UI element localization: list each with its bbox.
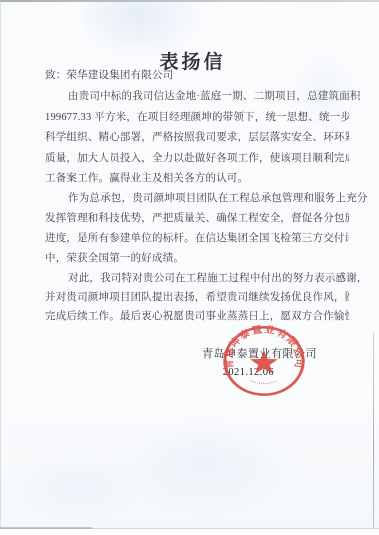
body-line: 199677.33 平方米，在项目经理颜坤的带领下，统一思想、统一步调、 <box>45 111 349 124</box>
body-line: 进度，是所有参建单位的标杆。在信达集团全国飞检第三方交付评估 <box>45 232 349 245</box>
recipient-line: 致：荣华建设集团有限公司 <box>45 69 349 82</box>
scan-edge-bottom <box>0 528 379 535</box>
body-line: 并对贵司颜坤项目团队提出表扬，希望贵司继续发扬优良作风，圆满 <box>45 291 349 304</box>
body-line: 质量，加大人员投入，全力以赴做好各项工作，使该项目顺利完成竣 <box>45 152 349 165</box>
signature-company: 青岛坤泰置业有限公司 <box>0 345 379 361</box>
scan-edge-bottom-left <box>0 527 92 529</box>
body-line: 科学组织、精心部署，严格按照我司要求，层层落实安全、环环紧扣 <box>45 131 349 144</box>
body-line: 对此，我司特对贵公司在工程施工过程中付出的努力表示感谢， <box>45 272 372 285</box>
body-line: 由贵司中标的我司信达金地·蓝庭一期、二期项目，总建筑面积 <box>45 90 372 103</box>
scan-artifact <box>10 450 150 520</box>
body-line: 工备案工作。赢得业主及相关各方的认可。 <box>45 172 349 185</box>
scanned-letter-page: 表扬信 致：荣华建设集团有限公司 由贵司中标的我司信达金地·蓝庭一期、二期项目，… <box>0 0 379 535</box>
scan-artifact <box>0 405 379 535</box>
body-line: 中，荣获全国第一的好成绩。 <box>45 252 349 265</box>
scan-edge-top <box>0 0 379 2</box>
scan-edge-right <box>373 333 374 529</box>
body-line: 完成后续工作。最后衷心祝愿贵司事业蒸蒸日上，愿双方合作愉快！ <box>45 310 349 323</box>
scan-edge-left <box>0 0 1 535</box>
seal-serial-wrap: ••••••••••••• <box>250 378 278 385</box>
body-line: 作为总承包，贵司颜坤项目团队在工程总承包管理和服务上充分 <box>45 192 372 205</box>
scan-artifact <box>110 415 300 515</box>
seal-star-icon <box>250 351 278 374</box>
company-seal: 青岛坤泰置业有限公司 ••••••••••••• <box>221 324 307 398</box>
seal-serial-dots: ••••••••••••• <box>250 378 278 385</box>
body-line: 发挥管理和科技优势，严把质量关、确保工程安全，督促各分包施工 <box>45 212 349 225</box>
